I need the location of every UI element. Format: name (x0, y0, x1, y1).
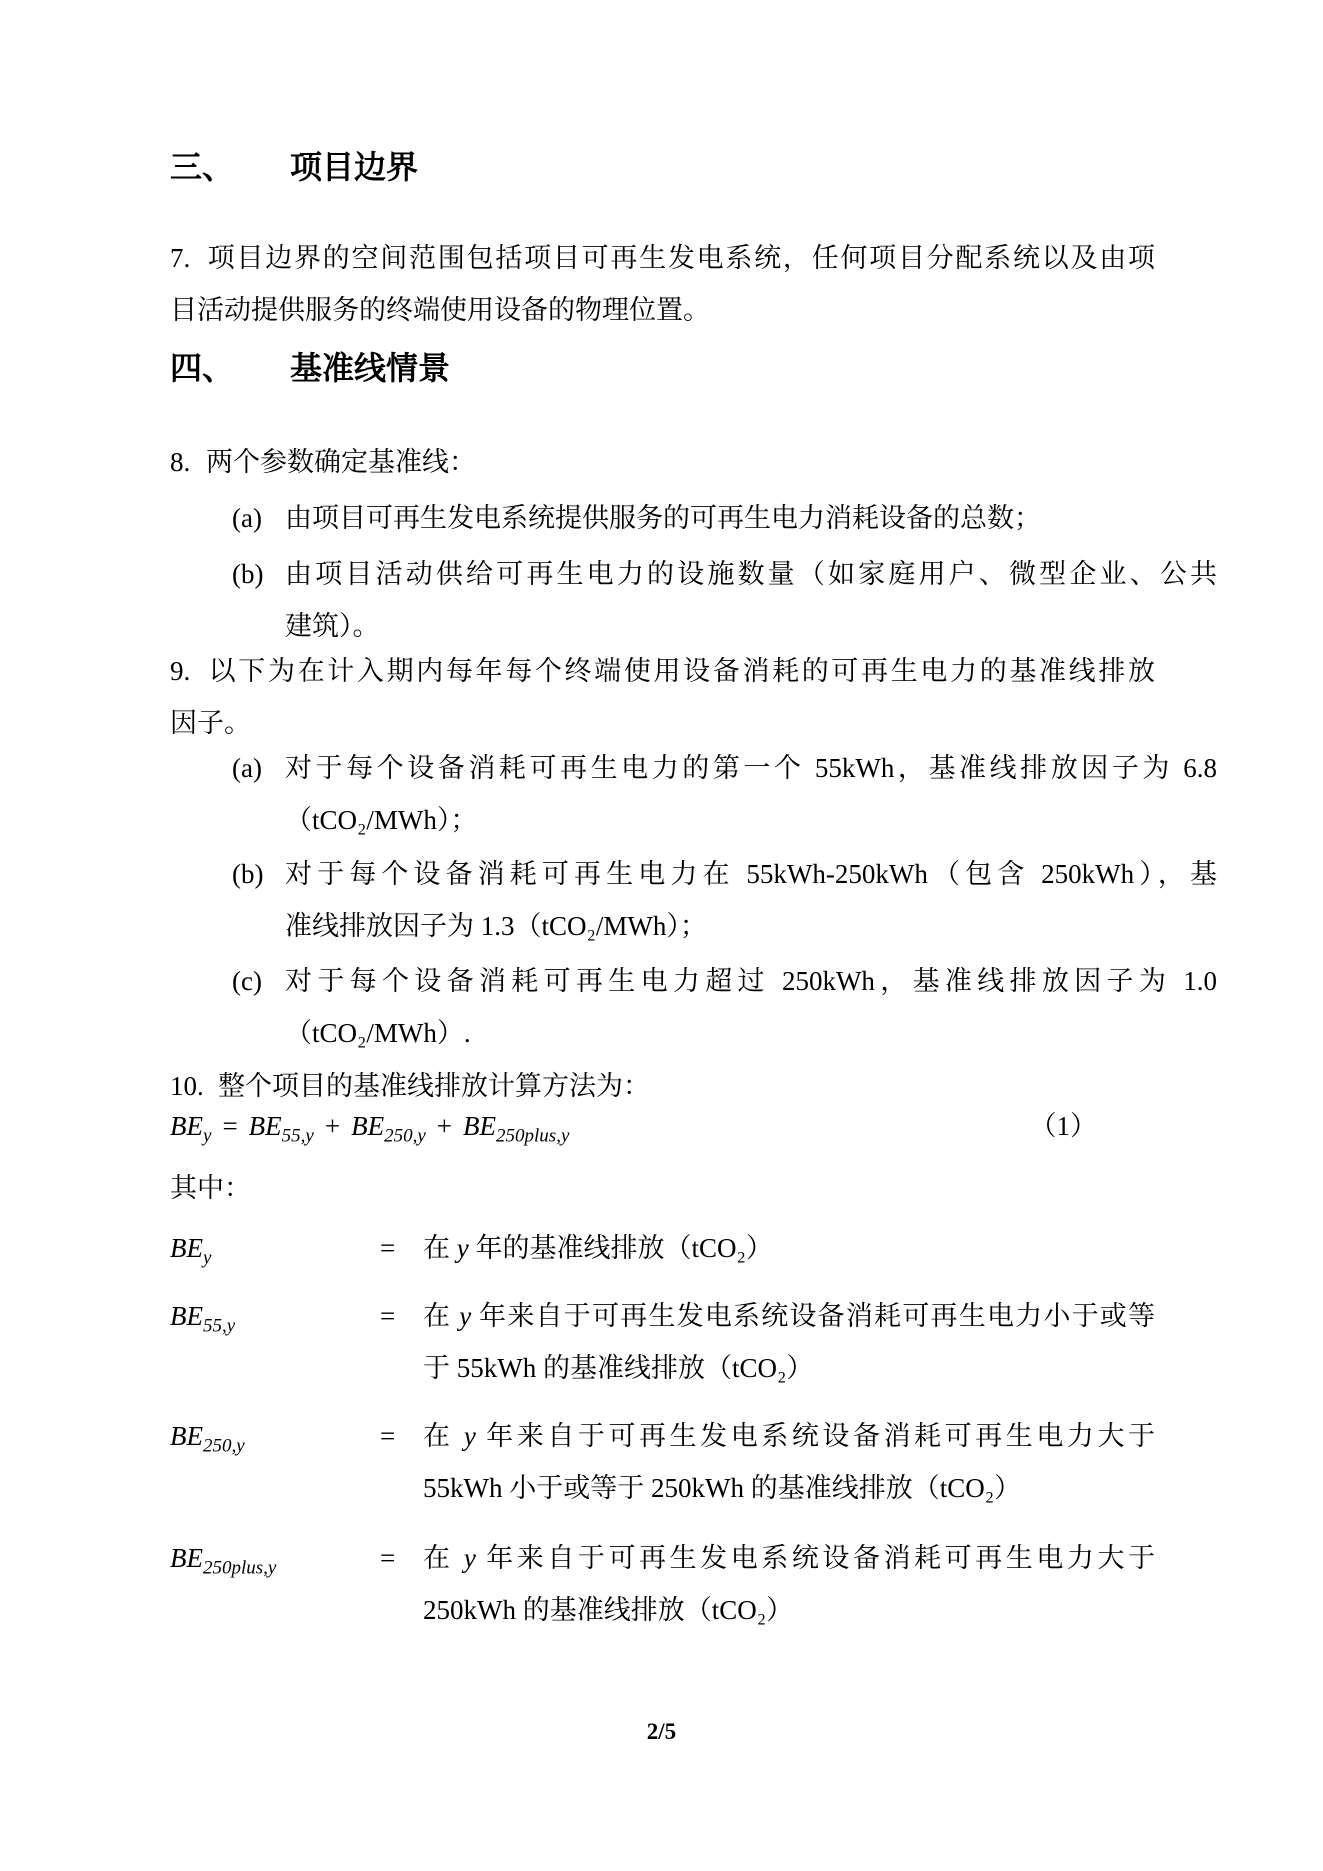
list-item-text: 对于每个设备消耗可再生电力在 55kWh-250kWh（包含 250kWh），基… (285, 848, 1217, 952)
paragraph-line: 对于每个设备消耗可再生电力在 55kWh-250kWh（包含 250kWh），基 (285, 848, 1217, 900)
equation-1: BEy=BE55,y+BE250,y+BE250plus,y （1） (170, 1100, 1155, 1152)
paragraph-line: 8.两个参数确定基准线： (170, 436, 1155, 488)
paragraph-text: 两个参数确定基准线： (206, 447, 476, 477)
formula-term: BE55,y (249, 1111, 314, 1141)
equation-expression: BEy=BE55,y+BE250,y+BE250plus,y (170, 1100, 569, 1152)
list-item-marker: (b) (232, 848, 285, 952)
document-page: 三、项目边界 7.项目边界的空间范围包括项目可再生发电系统，任何项目分配系统以及… (0, 0, 1323, 1871)
list-item-marker: (b) (232, 548, 285, 652)
list-item-8b: (b) 由项目活动供给可再生电力的设施数量（如家庭用户、微型企业、公共 建筑）。 (170, 548, 1217, 652)
definition-term: BEy (170, 1222, 380, 1274)
paragraph-line: 对于每个设备消耗可再生电力超过 250kWh，基准线排放因子为 1.0 (285, 955, 1217, 1007)
section-number: 三、 (170, 145, 290, 189)
paragraph-number: 9. (170, 645, 206, 697)
definition-row: BE55,y = 在 y 年来自于可再生发电系统设备消耗可再生电力小于或等 于 … (170, 1290, 1155, 1394)
formula-term: BEy (170, 1111, 211, 1141)
variable-y: y (464, 1543, 476, 1573)
variable-y: y (457, 1233, 469, 1263)
equals-sign: = (222, 1111, 237, 1141)
definition-row: BE250plus,y = 在 y 年来自于可再生发电系统设备消耗可再生电力大于… (170, 1532, 1155, 1636)
variable-y: y (464, 1421, 476, 1451)
section-title: 基准线情景 (290, 350, 450, 386)
paragraph-line: （tCO₂/MWh）； (285, 794, 1217, 846)
paragraph-line: 55kWh 小于或等于 250kWh 的基准线排放（tCO₂） (423, 1462, 1155, 1514)
list-item-8a: (a) 由项目可再生发电系统提供服务的可再生电力消耗设备的总数； (170, 492, 1217, 544)
section-title: 项目边界 (290, 149, 418, 185)
section-number: 四、 (170, 346, 290, 390)
equation-number: （1） (1030, 1100, 1098, 1152)
list-item-text: 对于每个设备消耗可再生电力的第一个 55kWh，基准线排放因子为 6.8 （tC… (285, 742, 1217, 846)
paragraph-text: 整个项目的基准线排放计算方法为： (218, 1071, 650, 1101)
paragraph-number: 8. (170, 436, 206, 488)
where-label: 其中： (170, 1162, 1155, 1214)
list-item-marker: (a) (232, 742, 285, 846)
definition-row: BE250,y = 在 y 年来自于可再生发电系统设备消耗可再生电力大于 55k… (170, 1410, 1155, 1514)
paragraph-line: 7.项目边界的空间范围包括项目可再生发电系统，任何项目分配系统以及由项 (170, 232, 1155, 284)
definition-term: BE55,y (170, 1290, 380, 1342)
list-item-9c: (c) 对于每个设备消耗可再生电力超过 250kWh，基准线排放因子为 1.0 … (170, 955, 1217, 1059)
paragraph-9: 9.以下为在计入期内每年每个终端使用设备消耗的可再生电力的基准线排放 因子。 (170, 645, 1155, 749)
section-heading-4: 四、基准线情景 (170, 346, 1155, 390)
paragraph-line: 由项目可再生发电系统提供服务的可再生电力消耗设备的总数； (285, 492, 1217, 544)
paragraph-line: 在 y 年来自于可再生发电系统设备消耗可再生电力大于 (423, 1532, 1155, 1584)
definition-text: 在 y 年来自于可再生发电系统设备消耗可再生电力大于 55kWh 小于或等于 2… (423, 1410, 1155, 1514)
definition-text: 在 y 年的基准线排放（tCO₂） (423, 1222, 1155, 1274)
paragraph-line: 准线排放因子为 1.3（tCO₂/MWh）； (285, 900, 1217, 952)
list-item-marker: (a) (232, 492, 285, 544)
list-item-text: 对于每个设备消耗可再生电力超过 250kWh，基准线排放因子为 1.0 （tCO… (285, 955, 1217, 1059)
equals-sign: = (380, 1290, 423, 1342)
paragraph-text: 以下为在计入期内每年每个终端使用设备消耗的可再生电力的基准线排放 (206, 656, 1155, 686)
variable-y: y (459, 1301, 471, 1331)
paragraph-number: 7. (170, 232, 206, 284)
paragraph-line: 由项目活动供给可再生电力的设施数量（如家庭用户、微型企业、公共 (285, 548, 1217, 600)
paragraph-7: 7.项目边界的空间范围包括项目可再生发电系统，任何项目分配系统以及由项 目活动提… (170, 232, 1155, 336)
definition-text: 在 y 年来自于可再生发电系统设备消耗可再生电力小于或等 于 55kWh 的基准… (423, 1290, 1155, 1394)
paragraph-line: 对于每个设备消耗可再生电力的第一个 55kWh，基准线排放因子为 6.8 (285, 742, 1217, 794)
paragraph-8: 8.两个参数确定基准线： (170, 436, 1155, 488)
definition-term: BE250,y (170, 1410, 380, 1462)
paragraph-line: （tCO₂/MWh）. (285, 1007, 1217, 1059)
definition-term: BE250plus,y (170, 1532, 380, 1584)
section-heading-3: 三、项目边界 (170, 145, 1155, 189)
list-item-text: 由项目活动供给可再生电力的设施数量（如家庭用户、微型企业、公共 建筑）。 (285, 548, 1217, 652)
definition-text: 在 y 年来自于可再生发电系统设备消耗可再生电力大于 250kWh 的基准线排放… (423, 1532, 1155, 1636)
paragraph-line: 9.以下为在计入期内每年每个终端使用设备消耗的可再生电力的基准线排放 (170, 645, 1155, 697)
list-item-text: 由项目可再生发电系统提供服务的可再生电力消耗设备的总数； (285, 492, 1217, 544)
paragraph-line: 在 y 年的基准线排放（tCO₂） (423, 1222, 1155, 1274)
equals-sign: = (380, 1410, 423, 1462)
paragraph-line: 在 y 年来自于可再生发电系统设备消耗可再生电力小于或等 (423, 1290, 1155, 1342)
definition-row: BEy = 在 y 年的基准线排放（tCO₂） (170, 1222, 1155, 1274)
equals-sign: = (380, 1222, 423, 1274)
paragraph-line: 250kWh 的基准线排放（tCO₂） (423, 1584, 1155, 1636)
plus-sign: + (437, 1111, 452, 1141)
plus-sign: + (325, 1111, 340, 1141)
paragraph-line: 在 y 年来自于可再生发电系统设备消耗可再生电力大于 (423, 1410, 1155, 1462)
list-item-9a: (a) 对于每个设备消耗可再生电力的第一个 55kWh，基准线排放因子为 6.8… (170, 742, 1217, 846)
formula-term: BE250plus,y (463, 1111, 569, 1141)
paragraph-text: 项目边界的空间范围包括项目可再生发电系统，任何项目分配系统以及由项 (206, 243, 1155, 273)
footer-page-number: 2/5 (0, 1712, 1323, 1752)
paragraph-line: 于 55kWh 的基准线排放（tCO₂） (423, 1342, 1155, 1394)
equals-sign: = (380, 1532, 423, 1584)
list-item-marker: (c) (232, 955, 285, 1059)
list-item-9b: (b) 对于每个设备消耗可再生电力在 55kWh-250kWh（包含 250kW… (170, 848, 1217, 952)
formula-term: BE250,y (351, 1111, 426, 1141)
paragraph-line: 目活动提供服务的终端使用设备的物理位置。 (170, 284, 1155, 336)
